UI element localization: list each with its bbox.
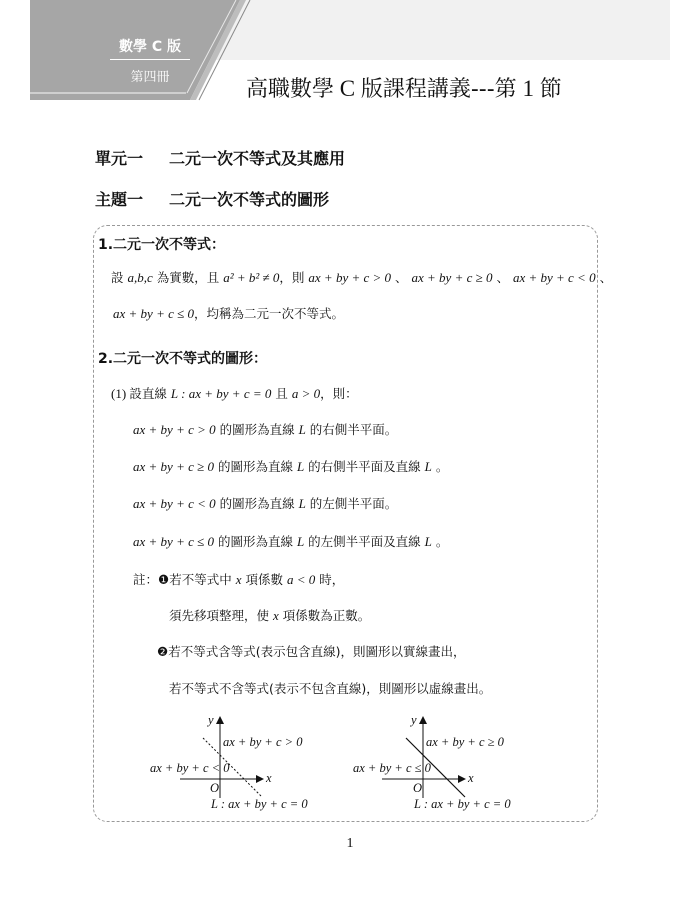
graph1-upper-region: ax + by + c > 0 [223, 735, 302, 750]
page-number: 1 [0, 836, 700, 852]
graph2-upper-region: ax + by + c ≥ 0 [426, 735, 504, 750]
graph1-lower-region: ax + by + c < 0 [150, 761, 229, 776]
graph2-x-label: x [468, 771, 474, 786]
graph1-x-label: x [266, 771, 272, 786]
graph-dashed [180, 718, 262, 798]
graph1-line-label: L : ax + by + c = 0 [211, 797, 308, 812]
graph1-y-label: y [208, 713, 214, 728]
graph2-origin: O [413, 781, 422, 796]
graph2-lower-region: ax + by + c ≤ 0 [353, 761, 431, 776]
graph1-origin: O [210, 781, 219, 796]
graph2-line-label: L : ax + by + c = 0 [414, 797, 511, 812]
graph2-y-label: y [411, 713, 417, 728]
graphs-diagram [0, 0, 700, 906]
graph-solid [382, 718, 465, 798]
